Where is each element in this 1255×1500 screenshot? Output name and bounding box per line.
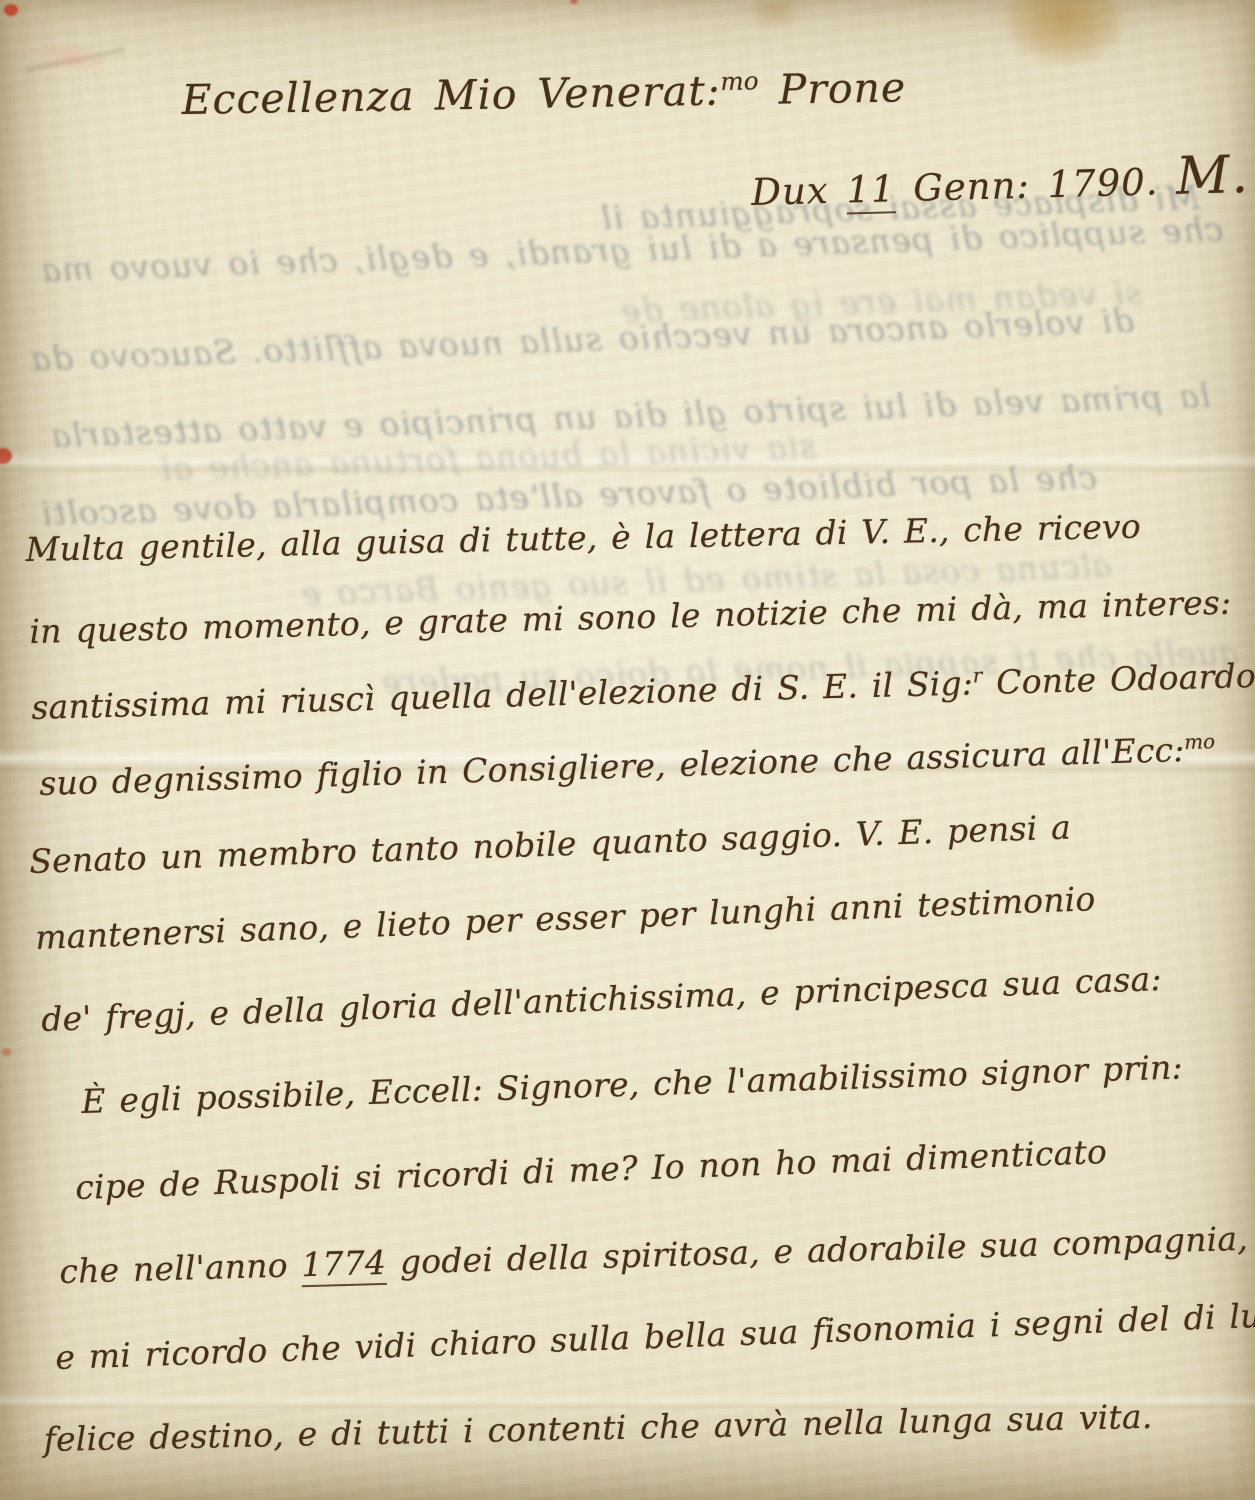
dateline-month-year: Genn: 1790. — [895, 160, 1177, 210]
letter-line: È egli possibile, Eccell: Signore, che l… — [81, 1047, 1184, 1121]
red-speck — [4, 4, 18, 16]
red-speck — [0, 448, 12, 464]
salutation-superscript: mo — [720, 66, 759, 96]
dateline: Dux 11 Genn: 1790. M. J. — [750, 143, 1255, 218]
letter-line: suo degnissimo figlio in Consigliere, el… — [39, 729, 1216, 803]
erased-pencil-mark — [25, 32, 125, 90]
paper-stain — [1000, 0, 1130, 67]
red-speck — [2, 1048, 11, 1056]
ghost-line: di volerlo ancora un vecchio sulla nuova… — [30, 301, 1135, 379]
letter-line: mantenersi sano, e lieto per esser per l… — [35, 879, 1097, 957]
letter-line: e mi ricordo che vidi chiaro sulla bella… — [55, 1296, 1255, 1377]
salutation-text: Prone — [758, 63, 906, 114]
dateline-place: Dux — [751, 169, 847, 214]
letter-line: cipe de Ruspoli si ricordi di me? Io non… — [75, 1132, 1108, 1207]
salutation-text: Eccellenza Mio Venerat: — [181, 67, 721, 124]
paper-stain — [745, 0, 805, 32]
letter-line: che nell'anno 1774 godei della spiritosa… — [59, 1219, 1249, 1291]
red-speck — [570, 0, 578, 4]
underlined-year: 1774 — [301, 1243, 387, 1287]
writer-initials: M. J. — [1175, 143, 1255, 207]
salutation: Eccellenza Mio Venerat:mo Prone — [181, 63, 906, 124]
letter-line: de' fregj, e della gloria dell'antichiss… — [41, 959, 1163, 1039]
dateline-day: 11 — [846, 167, 896, 214]
letter-line: Senato un membro tanto nobile quanto sag… — [29, 807, 1072, 881]
letter-page: Mi dispiace assai sopraggiunta il che su… — [0, 0, 1255, 1500]
letter-line: felice destino, e di tutti i contenti ch… — [43, 1397, 1153, 1459]
